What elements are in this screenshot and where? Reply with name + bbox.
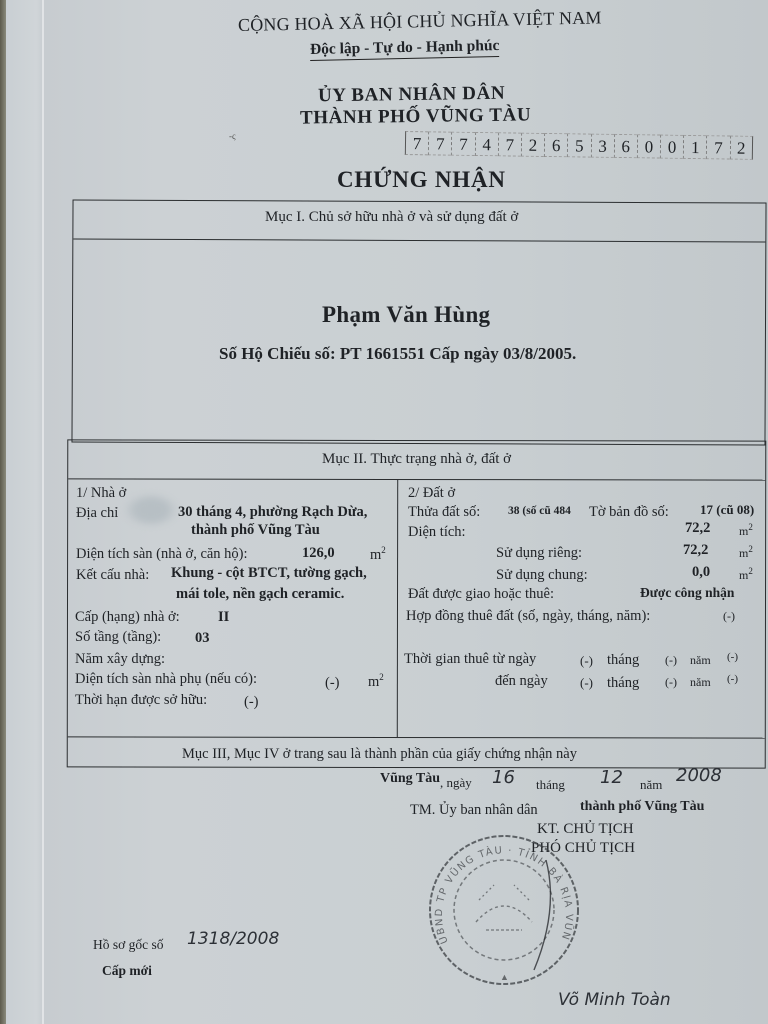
lease-from-label: Thời gian thuê từ ngày — [404, 651, 536, 668]
on-behalf-city: thành phố Vũng Tàu — [580, 799, 704, 815]
signature: Võ Minh Toàn — [558, 990, 671, 1010]
aux-area-label: Diện tích sàn nhà phụ (nếu có): — [75, 671, 257, 688]
lease-from-month-label: tháng — [607, 652, 639, 669]
handwritten-month: 12 — [600, 767, 623, 788]
lease-to-month: (-) — [665, 675, 677, 690]
serial-digit: 5 — [567, 133, 591, 157]
aux-area-value: (-) — [325, 675, 340, 692]
section-2-title: Mục II. Thực trạng nhà ở, đất ở — [322, 451, 511, 468]
divider — [73, 238, 765, 242]
serial-digit: 0 — [637, 134, 661, 158]
shared-use-unit: m2 — [739, 566, 753, 583]
section-3-4-note: Mục III, Mục IV ở trang sau là thành phầ… — [182, 746, 577, 763]
floors-value: 03 — [195, 630, 210, 647]
land-heading: 2/ Đất ở — [408, 485, 455, 502]
lease-to-year: (-) — [727, 673, 738, 685]
on-behalf-label: TM. Ủy ban nhân dân — [410, 802, 538, 819]
file-number: 1318/2008 — [187, 929, 279, 949]
serial-digit: 2 — [729, 136, 753, 160]
address-label: Địa chỉ — [76, 505, 118, 522]
serial-digit: 7 — [498, 132, 522, 156]
lease-contract-label: Hợp đồng thuê đất (số, ngày, tháng, năm)… — [406, 608, 650, 625]
structure-line-1: Khung - cột BTCT, tường gạch, — [171, 565, 367, 582]
address-line-1: 30 tháng 4, phường Rạch Dừa, — [178, 504, 367, 521]
divider — [68, 736, 765, 738]
file-label: Hồ sơ gốc số — [93, 937, 164, 953]
issue-type: Cấp mới — [102, 963, 152, 979]
year-built-label: Năm xây dựng: — [75, 651, 165, 668]
column-divider — [397, 479, 398, 737]
serial-digit: 6 — [613, 134, 637, 158]
certificate-title: CHỨNG NHẬN — [337, 167, 506, 193]
aux-area-unit: m2 — [368, 672, 384, 691]
grade-label: Cấp (hạng) nhà ở: — [75, 609, 180, 626]
allocation-value: Được công nhận — [640, 585, 734, 601]
serial-digit: 3 — [590, 134, 614, 158]
allocation-label: Đất được giao hoặc thuê: — [408, 586, 554, 603]
house-heading: 1/ Nhà ở — [76, 485, 126, 502]
handwritten-year: 2008 — [676, 765, 722, 786]
serial-digit: 7 — [405, 131, 429, 155]
place-name: Vũng Tàu — [380, 771, 440, 787]
issuer-committee: ỦY BAN NHÂN DÂN — [318, 83, 506, 108]
serial-number-boxes: 777472653600172 — [405, 131, 753, 160]
lease-from-month: (-) — [665, 653, 677, 668]
small-mark: -ς — [229, 131, 236, 141]
private-use-value: 72,2 — [683, 542, 708, 559]
lease-to-year-label: năm — [690, 675, 711, 690]
handwritten-day: 16 — [492, 767, 515, 788]
floor-area-unit: m2 — [370, 545, 386, 564]
structure-label: Kết cấu nhà: — [76, 567, 149, 584]
ownership-term-label: Thời hạn được sở hữu: — [75, 692, 207, 709]
signature-name: Võ Minh Toàn — [558, 990, 671, 1010]
serial-digit: 7 — [428, 131, 452, 155]
lease-from-day: (-) — [580, 653, 593, 669]
map-sheet-value: 17 (cũ 08) — [700, 502, 754, 518]
month-label: tháng — [536, 777, 565, 793]
ownership-term-value: (-) — [244, 694, 259, 711]
lease-contract-value: (-) — [723, 609, 735, 624]
year-label: năm — [640, 777, 662, 793]
national-motto: Độc lập - Tự do - Hạnh phúc — [310, 37, 500, 61]
lease-to-month-label: tháng — [607, 675, 639, 692]
floor-area-value: 126,0 — [302, 545, 335, 562]
parcel-value: 38 (số cũ 484 — [508, 505, 571, 517]
shared-use-value: 0,0 — [692, 564, 710, 581]
shared-use-label: Sử dụng chung: — [496, 567, 588, 584]
lease-from-year: (-) — [727, 651, 738, 663]
lease-from-year-label: năm — [690, 653, 711, 668]
serial-digit: 7 — [451, 132, 475, 156]
private-use-label: Sử dụng riêng: — [496, 545, 582, 562]
svg-text:▲: ▲ — [500, 972, 509, 982]
day-label: , ngày — [440, 775, 472, 791]
area-label: Diện tích: — [408, 524, 466, 541]
address-line-2: thành phố Vũng Tàu — [191, 522, 320, 539]
serial-digit: 2 — [521, 133, 545, 157]
serial-digit: 7 — [706, 135, 730, 159]
divider — [68, 478, 765, 480]
area-unit: m2 — [739, 522, 753, 539]
passport-info: Số Hộ Chiếu số: PT 1661551 Cấp ngày 03/8… — [219, 344, 576, 364]
grade-value: II — [218, 609, 229, 626]
passport-label: Số Hộ Chiếu số: — [219, 344, 336, 363]
section-1-title: Mục I. Chủ sở hữu nhà ở và sử dụng đất ở — [265, 209, 518, 226]
private-use-unit: m2 — [739, 544, 753, 561]
redacted-area — [124, 493, 178, 527]
parcel-label: Thửa đất số: — [408, 504, 480, 521]
floors-label: Số tầng (tầng): — [75, 629, 161, 646]
serial-digit: 0 — [660, 135, 684, 159]
structure-line-2: mái tole, nền gạch ceramic. — [176, 586, 344, 603]
serial-digit: 4 — [474, 132, 498, 156]
issuer-city: THÀNH PHỐ VŨNG TÀU — [300, 104, 532, 129]
passport-value: PT 1661551 Cấp ngày 03/8/2005. — [340, 344, 576, 363]
lease-to-label: đến ngày — [495, 673, 548, 690]
official-seal: UBND TP VŨNG TÀU · TỈNH BÀ RỊA VŨNG TÀU … — [424, 830, 584, 990]
seal-icon: UBND TP VŨNG TÀU · TỈNH BÀ RỊA VŨNG TÀU … — [424, 830, 584, 990]
area-value: 72,2 — [685, 520, 710, 537]
owner-name: Phạm Văn Hùng — [322, 302, 490, 328]
floor-area-label: Diện tích sàn (nhà ở, căn hộ): — [76, 546, 248, 563]
serial-digit: 1 — [683, 135, 707, 159]
paper-fold — [42, 0, 44, 1024]
map-sheet-label: Tờ bản đồ số: — [589, 504, 669, 521]
lease-to-day: (-) — [580, 675, 593, 691]
svg-text:UBND TP VŨNG TÀU · TỈNH BÀ RỊA: UBND TP VŨNG TÀU · TỈNH BÀ RỊA VŨNG TÀU — [424, 830, 576, 945]
serial-digit: 6 — [544, 133, 568, 157]
